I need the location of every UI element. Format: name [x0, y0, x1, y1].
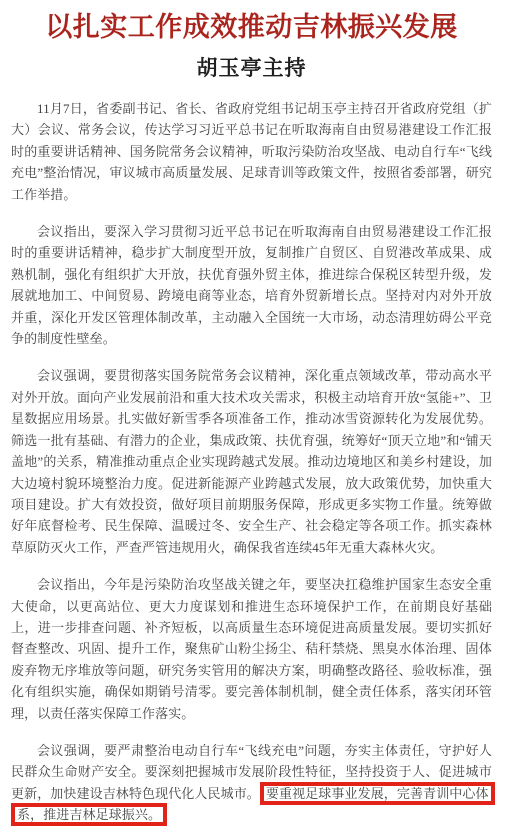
article-subtitle: 胡玉亭主持	[11, 54, 492, 82]
paragraph-3: 会议强调，要贯彻落实国务院常务会议精神，深化重点领域改革，带动高水平对外开放。面…	[11, 365, 492, 558]
article-body: 11月7日，省委副书记、省长、省政府党组书记胡玉亭主持召开省政府党组（扩大）会议…	[11, 98, 492, 826]
paragraph-2: 会议指出，要深入学习贯彻习近平总书记在听取海南自由贸易港建设工作汇报时的重要讲话…	[11, 221, 492, 349]
paragraph-1: 11月7日，省委副书记、省长、省政府党组书记胡玉亭主持召开省政府党组（扩大）会议…	[11, 98, 492, 205]
paragraph-5: 会议强调，要严肃整治电动自行车“飞线充电”问题，夯实主体责任，守护好人民群众生命…	[11, 740, 492, 826]
paragraph-4: 会议指出，今年是污染防治攻坚战关键之年，要坚决扛稳维护国家生态安全重大使命，以更…	[11, 574, 492, 724]
article-title: 以扎实工作成效推动吉林振兴发展	[11, 9, 492, 45]
article-page: 以扎实工作成效推动吉林振兴发展 胡玉亭主持 11月7日，省委副书记、省长、省政府…	[0, 0, 505, 832]
